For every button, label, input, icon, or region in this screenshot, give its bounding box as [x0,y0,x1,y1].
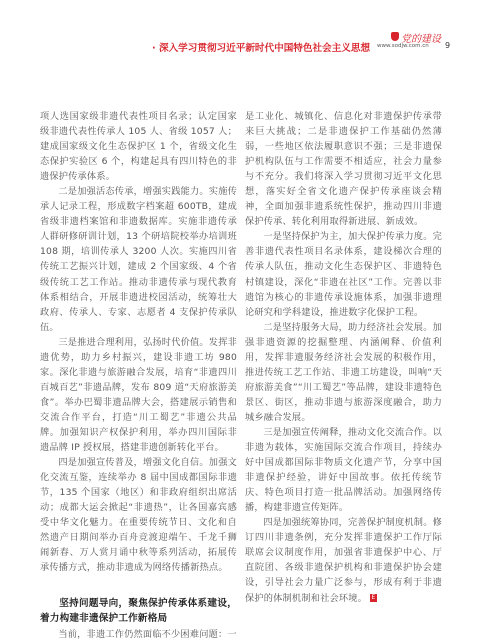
paragraph: 是工业化、城镇化、信息化对非遗保护传承带来巨大挑战；二是非遗保护工作基础仍然薄弱… [245,109,442,229]
right-column: 是工业化、城镇化、信息化对非遗保护传承带来巨大挑战；二是非遗保护工作基础仍然薄弱… [245,109,442,606]
page-header: · 深入学习贯彻习近平新时代中国特色社会主义思想 党的建设 www.sodjw.… [0,38,484,58]
section-title: · 深入学习贯彻习近平新时代中国特色社会主义思想 [152,40,370,54]
paragraph-text: 四是加强统筹协同，完善保护制度机制。修订四川非遗条例，充分发挥非遗保护工作厅际联… [245,517,442,603]
paragraph: 二是坚持服务大局，助力经济社会发展。加强非遗资源的挖掘整理、内涵阐释、价值利用，… [245,320,442,425]
left-column: 项人选国家级非遗代表性项目名录；认定国家级非遗代表性传承人 105 人、省级 1… [40,109,237,640]
page-number: 9 [445,41,450,50]
paragraph: 四是加强统筹协同，完善保护制度机制。修订四川非遗条例，充分发挥非遗保护工作厅际联… [245,515,442,605]
paragraph: 一是坚持保护为主，加大保护传承力度。完善非遗代表性项目名录体系，建设梯次合理的传… [245,229,442,319]
paragraph: 三是加强宣传阐释，推动文化交流合作。以非遗为载体，实施国际交流合作项目，持续办好… [245,425,442,515]
magazine-logo: 党的建设 www.sodjw.com.cn [377,32,437,54]
paragraph: 四是加强宣传普及，增强文化自信。加强文化交流互鉴，连续举办 8 届中国成都国际非… [40,455,237,575]
party-emblem-icon [391,32,399,41]
paragraph: 二是加强活态传承，增强实践能力。实施传承人记录工程，形成数字档案超 600TB，… [40,184,237,334]
paragraph: 项人选国家级非遗代表性项目名录；认定国家级非遗代表性传承人 105 人、省级 1… [40,109,237,184]
logo-url: www.sodjw.com.cn [377,43,429,49]
end-mark-icon: E [370,594,377,602]
paragraph: 三是推进合理利用，弘扬时代价值。发挥非遗优势，助力乡村振兴，建设非遗工坊 980… [40,335,237,455]
paragraph: 当前，非遗工作仍然面临不少困难问题：一 [40,627,237,640]
section-heading: 坚持问题导向，聚焦保护传承体系建设，着力构建非遗保护工作新格局 [40,596,237,626]
